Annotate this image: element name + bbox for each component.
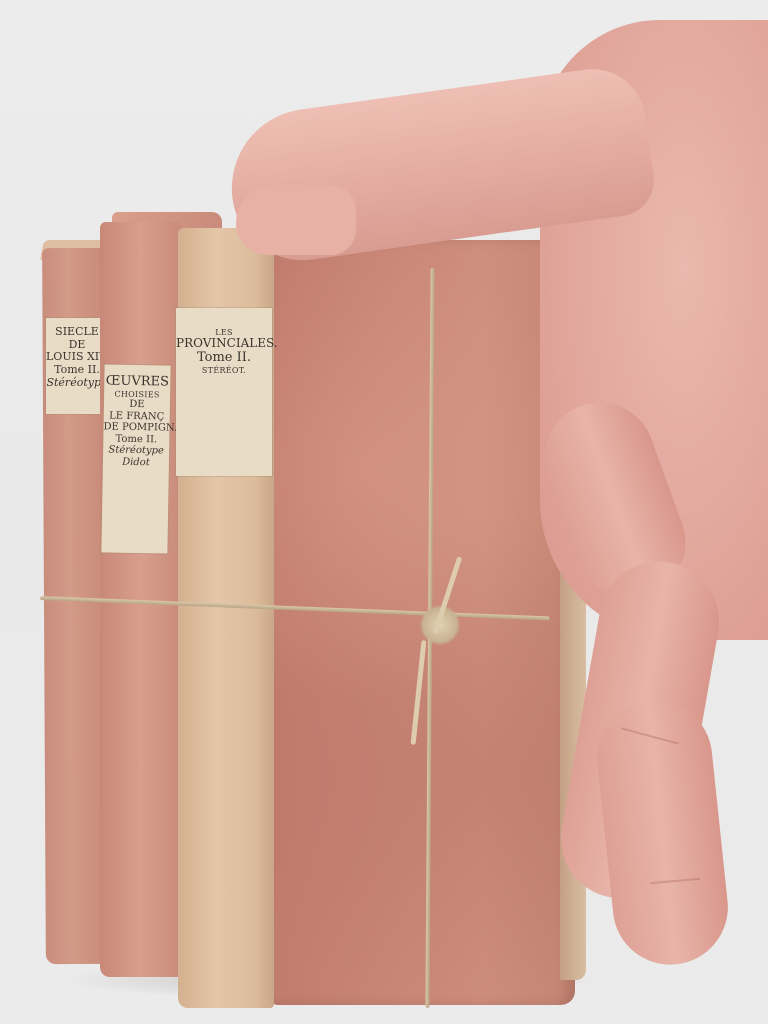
label-line: DE POMPIGNA [103,422,169,435]
label-line: Didot [103,456,169,469]
label-line: Tome II. [46,364,108,377]
label-line: PROVINCIALES. [176,337,272,351]
book-front-spine-label: LES PROVINCIALES. Tome II. STÉRÉOT. [176,308,272,476]
book-middle-spine-label: ŒUVRES CHOISIES DE LE FRANÇ DE POMPIGNA … [101,364,170,553]
label-line: ŒUVRES [104,374,170,390]
hand-thumb-tip [236,185,356,255]
photo-scene: SIECLE DE LOUIS XIV. Tome II. Stéréotype… [0,0,768,1024]
label-line: Stéréotype [103,445,169,458]
label-line: SIECLE [46,326,108,339]
book-left-spine-label: SIECLE DE LOUIS XIV. Tome II. Stéréotype [46,318,108,414]
label-line: Stéréotype [46,377,108,390]
label-line: STÉRÉOT. [176,366,272,375]
label-line: Tome II. [176,351,272,366]
hand-finger [591,695,733,971]
